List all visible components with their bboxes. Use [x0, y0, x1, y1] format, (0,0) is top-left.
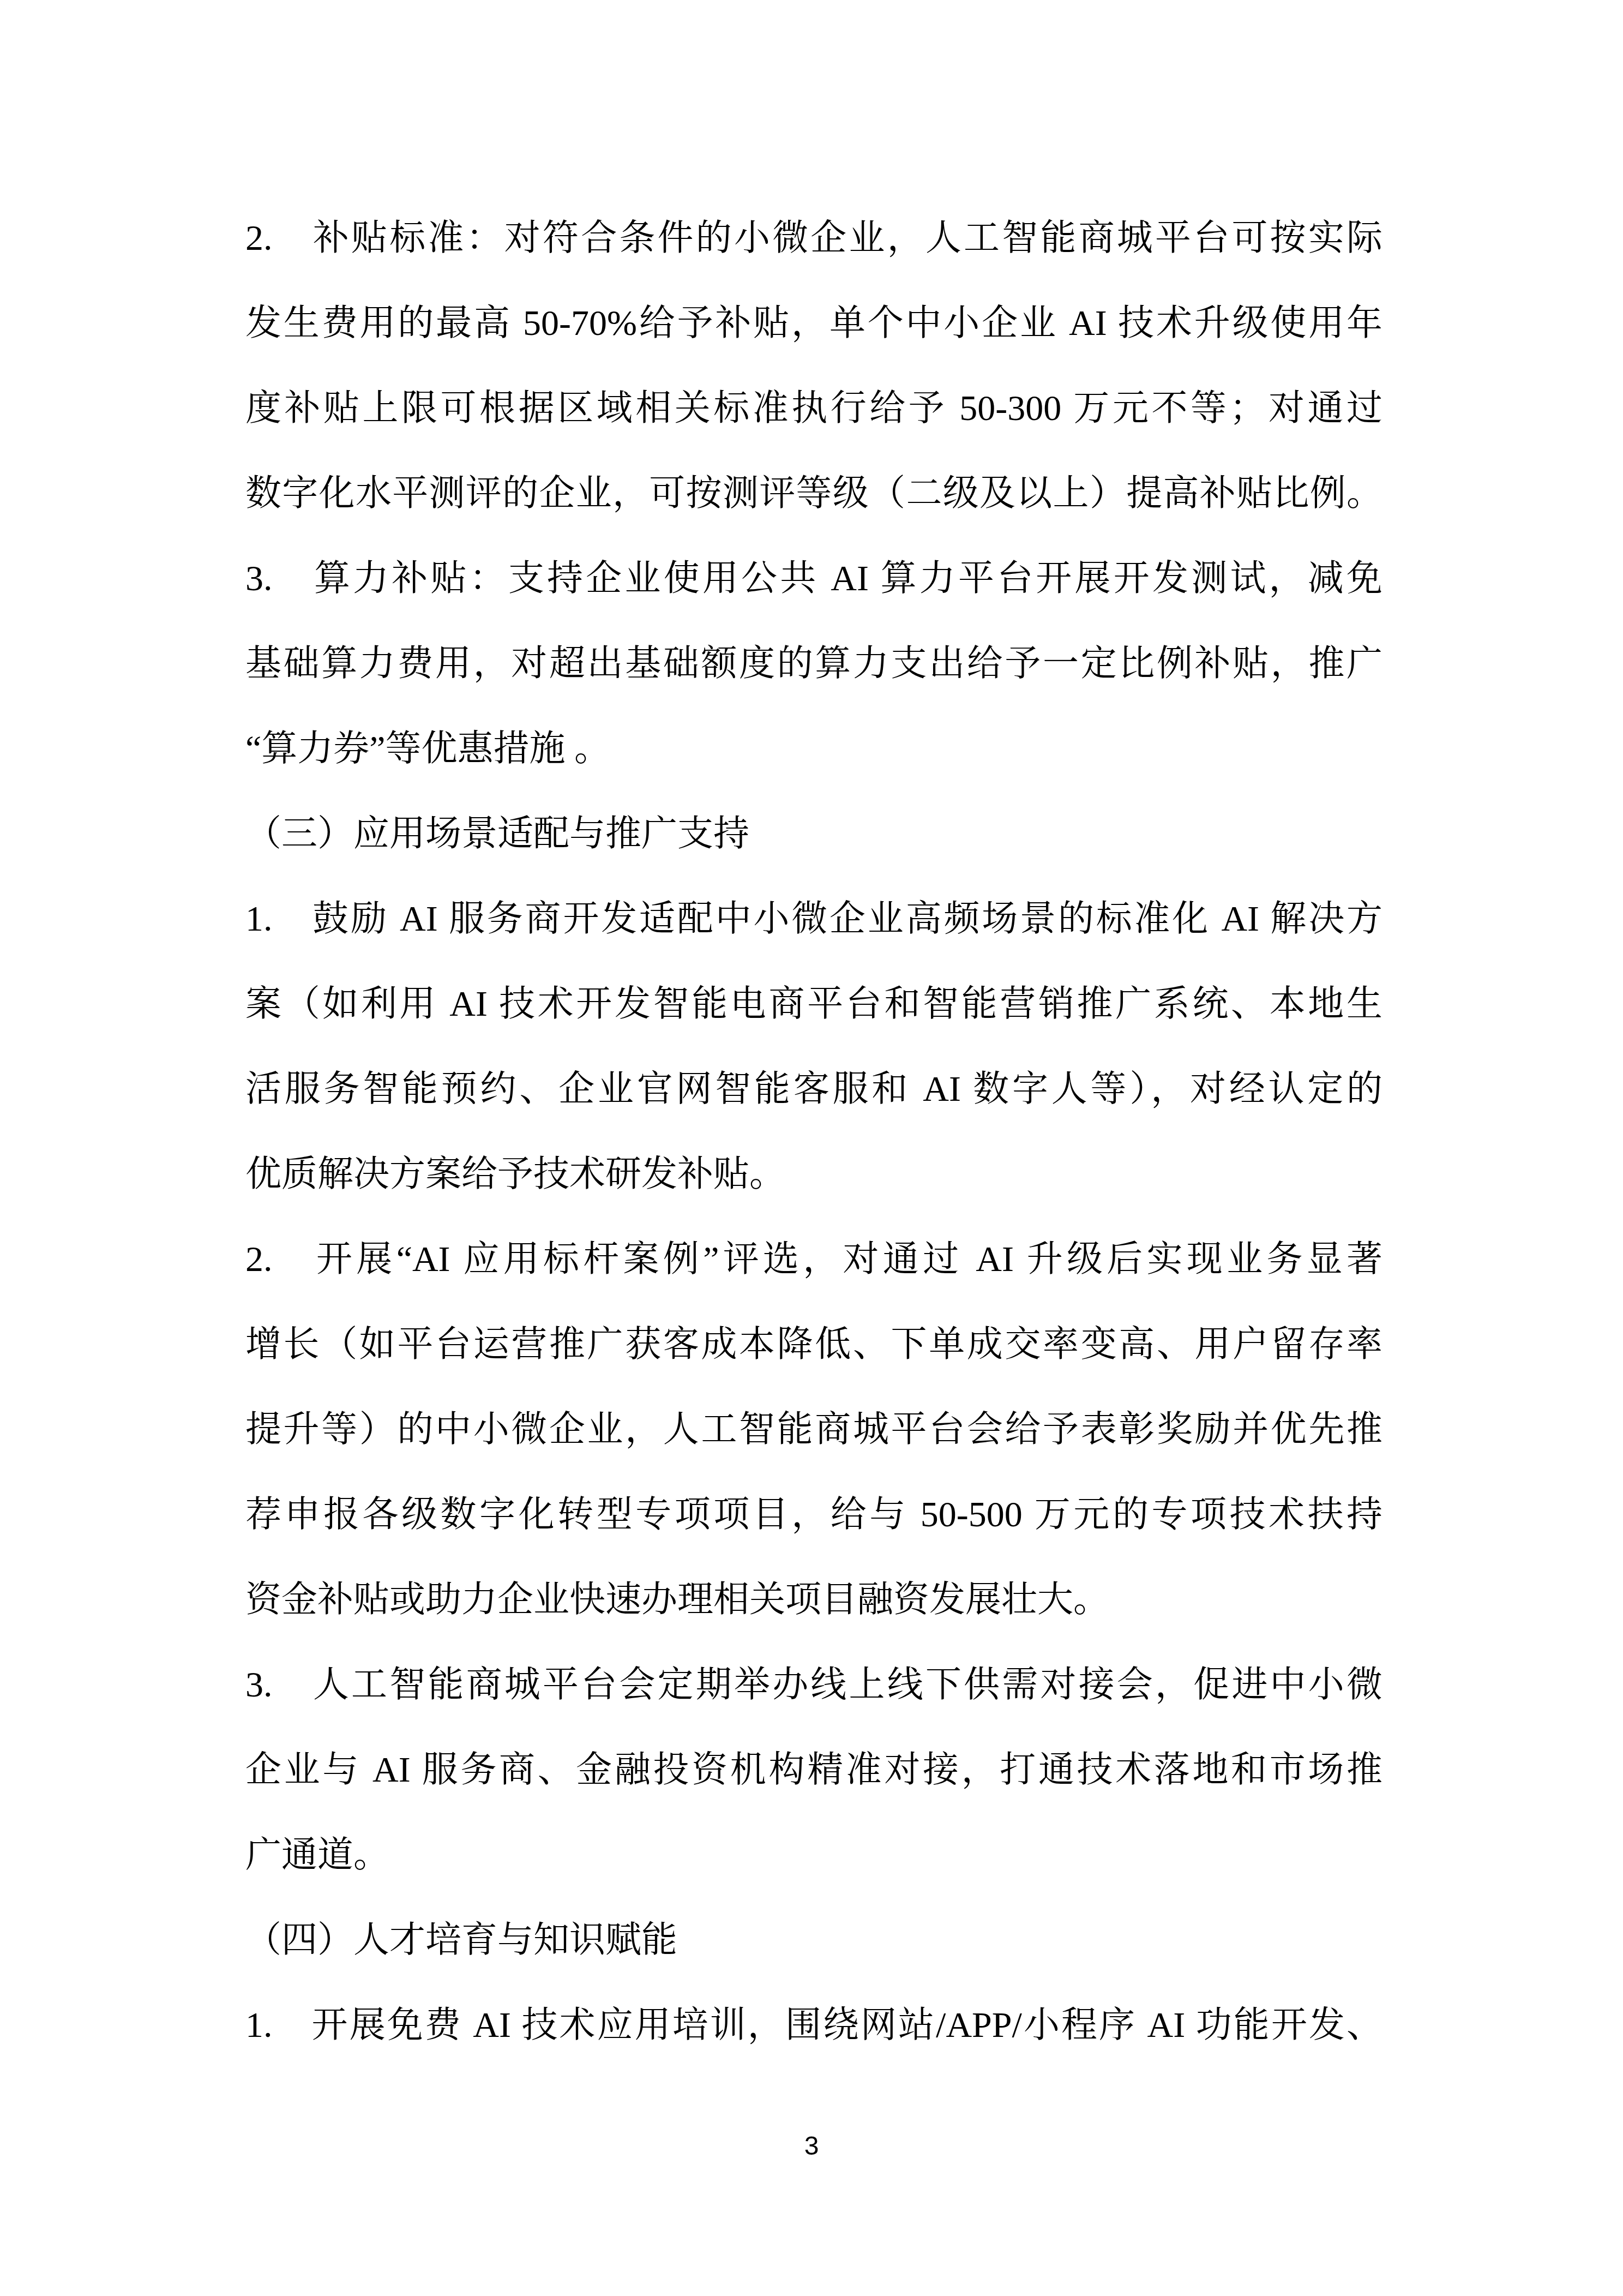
- text-line: 企业与 AI 服务商、金融投资机构精准对接，打通技术落地和市场推: [245, 1728, 1382, 1813]
- text-line: 3. 人工智能商城平台会定期举办线上线下供需对接会，促进中小微: [245, 1642, 1382, 1728]
- text-line: 案（如利用 AI 技术开发智能电商平台和智能营销推广系统、本地生: [245, 962, 1382, 1047]
- text-line: 3. 算力补贴：支持企业使用公共 AI 算力平台开展开发测试，减免: [245, 536, 1382, 621]
- page-number: 3: [804, 2132, 819, 2161]
- text-line: 1. 鼓励 AI 服务商开发适配中小微企业高频场景的标准化 AI 解决方: [245, 877, 1382, 962]
- document-page: 2. 补贴标准：对符合条件的小微企业，人工智能商城平台可按实际 发生费用的最高 …: [0, 0, 1623, 2296]
- document-body: 2. 补贴标准：对符合条件的小微企业，人工智能商城平台可按实际 发生费用的最高 …: [245, 196, 1382, 2068]
- text-line: 资金补贴或助力企业快速办理相关项目融资发展壮大。: [245, 1557, 1382, 1642]
- text-line: 数字化水平测评的企业，可按测评等级（二级及以上）提高补贴比例。: [245, 451, 1382, 536]
- text-line: 发生费用的最高 50-70%给予补贴，单个中小企业 AI 技术升级使用年: [245, 281, 1382, 366]
- text-line: 增长（如平台运营推广获客成本降低、下单成交率变高、用户留存率: [245, 1302, 1382, 1387]
- text-line: 2. 开展“AI 应用标杆案例”评选，对通过 AI 升级后实现业务显著: [245, 1217, 1382, 1302]
- text-line: 基础算力费用，对超出基础额度的算力支出给予一定比例补贴，推广: [245, 621, 1382, 706]
- text-line: 优质解决方案给予技术研发补贴。: [245, 1132, 1382, 1217]
- text-line: 荐申报各级数字化转型专项项目，给与 50-500 万元的专项技术扶持: [245, 1472, 1382, 1557]
- section-heading: （四）人才培育与知识赋能: [245, 1898, 1382, 1983]
- text-line: “算力券”等优惠措施 。: [245, 706, 1382, 792]
- text-line: 提升等）的中小微企业，人工智能商城平台会给予表彰奖励并优先推: [245, 1387, 1382, 1472]
- text-line: 活服务智能预约、企业官网智能客服和 AI 数字人等），对经认定的: [245, 1047, 1382, 1132]
- section-heading: （三）应用场景适配与推广支持: [245, 792, 1382, 877]
- text-line: 度补贴上限可根据区域相关标准执行给予 50-300 万元不等；对通过: [245, 366, 1382, 451]
- text-line: 广通道。: [245, 1813, 1382, 1898]
- text-line: 1. 开展免费 AI 技术应用培训，围绕网站/APP/小程序 AI 功能开发、: [245, 1983, 1382, 2068]
- text-line: 2. 补贴标准：对符合条件的小微企业，人工智能商城平台可按实际: [245, 196, 1382, 281]
- page-footer: 3: [0, 2129, 1623, 2165]
